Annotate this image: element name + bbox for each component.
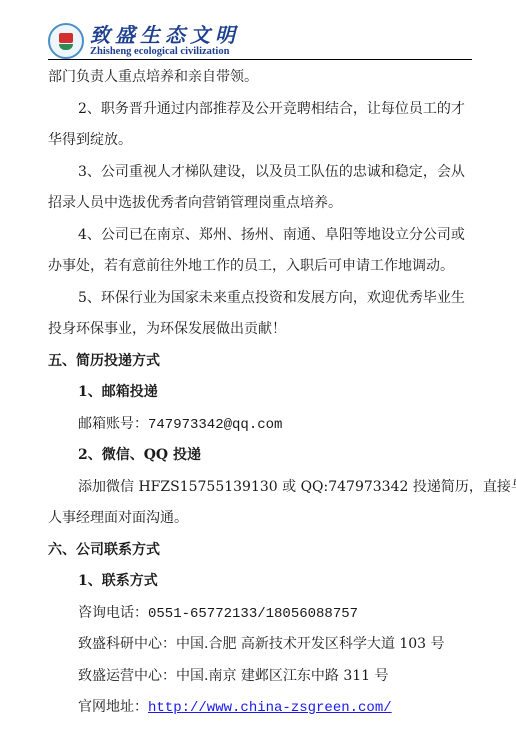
wechat-line-2: 人事经理面对面沟通。	[48, 503, 472, 535]
contact-subheading: 1、联系方式	[48, 566, 472, 598]
email-label: 邮箱账号：	[78, 416, 148, 432]
email-subheading: 1、邮箱投递	[48, 377, 472, 409]
company-emblem-icon	[48, 23, 84, 59]
item-5-line-1: 5、环保行业为国家未来重点投资和发展方向，欢迎优秀毕业生	[48, 283, 472, 315]
item-4-line-2: 办事处，若有意前往外地工作的员工，入职后可申请工作地调动。	[48, 251, 472, 283]
ops-center-label: 致盛运营中心：	[78, 668, 176, 684]
logo-chinese-name: 致盛生态文明	[90, 24, 240, 46]
header-divider	[48, 59, 472, 60]
emblem-seal-icon	[59, 33, 73, 43]
item-3-line-1: 3、公司重视人才梯队建设，以及员工队伍的忠诚和稳定，会从	[48, 157, 472, 189]
item-4-line-1: 4、公司已在南京、郑州、扬州、南通、阜阳等地设立分公司或	[48, 220, 472, 252]
phone-line: 咨询电话：0551-65772133/18056088757	[48, 598, 472, 630]
item-3-line-2: 招录人员中选拔优秀者向营销管理岗重点培养。	[48, 188, 472, 220]
wechat-line-1: 添加微信 HFZS15755139130 或 QQ:747973342 投递简历…	[48, 472, 472, 504]
phone-value: 0551-65772133/18056088757	[148, 606, 358, 622]
ops-center-line: 致盛运营中心：中国.南京 建邺区江东中路 311 号	[48, 661, 472, 693]
rd-center-address: 中国.合肥 高新技术开发区科学大道 103 号	[176, 636, 445, 652]
ops-center-address: 中国.南京 建邺区江东中路 311 号	[176, 668, 389, 684]
website-link[interactable]: http://www.china-zsgreen.com/	[148, 700, 392, 716]
email-value: 747973342@qq.com	[148, 417, 282, 433]
section-6-heading: 六、公司联系方式	[48, 535, 472, 567]
document-header: 致盛生态文明 Zhisheng ecological civilization	[48, 22, 240, 60]
website-label: 官网地址：	[78, 699, 148, 715]
rd-center-line: 致盛科研中心：中国.合肥 高新技术开发区科学大道 103 号	[48, 629, 472, 661]
phone-label: 咨询电话：	[78, 605, 148, 621]
company-logo-text: 致盛生态文明 Zhisheng ecological civilization	[90, 24, 240, 58]
logo-english-name: Zhisheng ecological civilization	[90, 46, 240, 58]
website-line: 官网地址：http://www.china-zsgreen.com/	[48, 692, 472, 724]
section-5-heading: 五、简历投递方式	[48, 346, 472, 378]
emblem-wave-icon	[59, 44, 73, 50]
item-2-line-1: 2、职务晋升通过内部推荐及公开竞聘相结合，让每位员工的才	[48, 94, 472, 126]
item-5-line-2: 投身环保事业，为环保发展做出贡献！	[48, 314, 472, 346]
email-line: 邮箱账号：747973342@qq.com	[48, 409, 472, 441]
rd-center-label: 致盛科研中心：	[78, 636, 176, 652]
paragraph-continuation: 部门负责人重点培养和亲自带领。	[48, 62, 472, 94]
item-2-line-2: 华得到绽放。	[48, 125, 472, 157]
wechat-qq-subheading: 2、微信、QQ 投递	[48, 440, 472, 472]
document-body: 部门负责人重点培养和亲自带领。 2、职务晋升通过内部推荐及公开竞聘相结合，让每位…	[48, 62, 472, 724]
